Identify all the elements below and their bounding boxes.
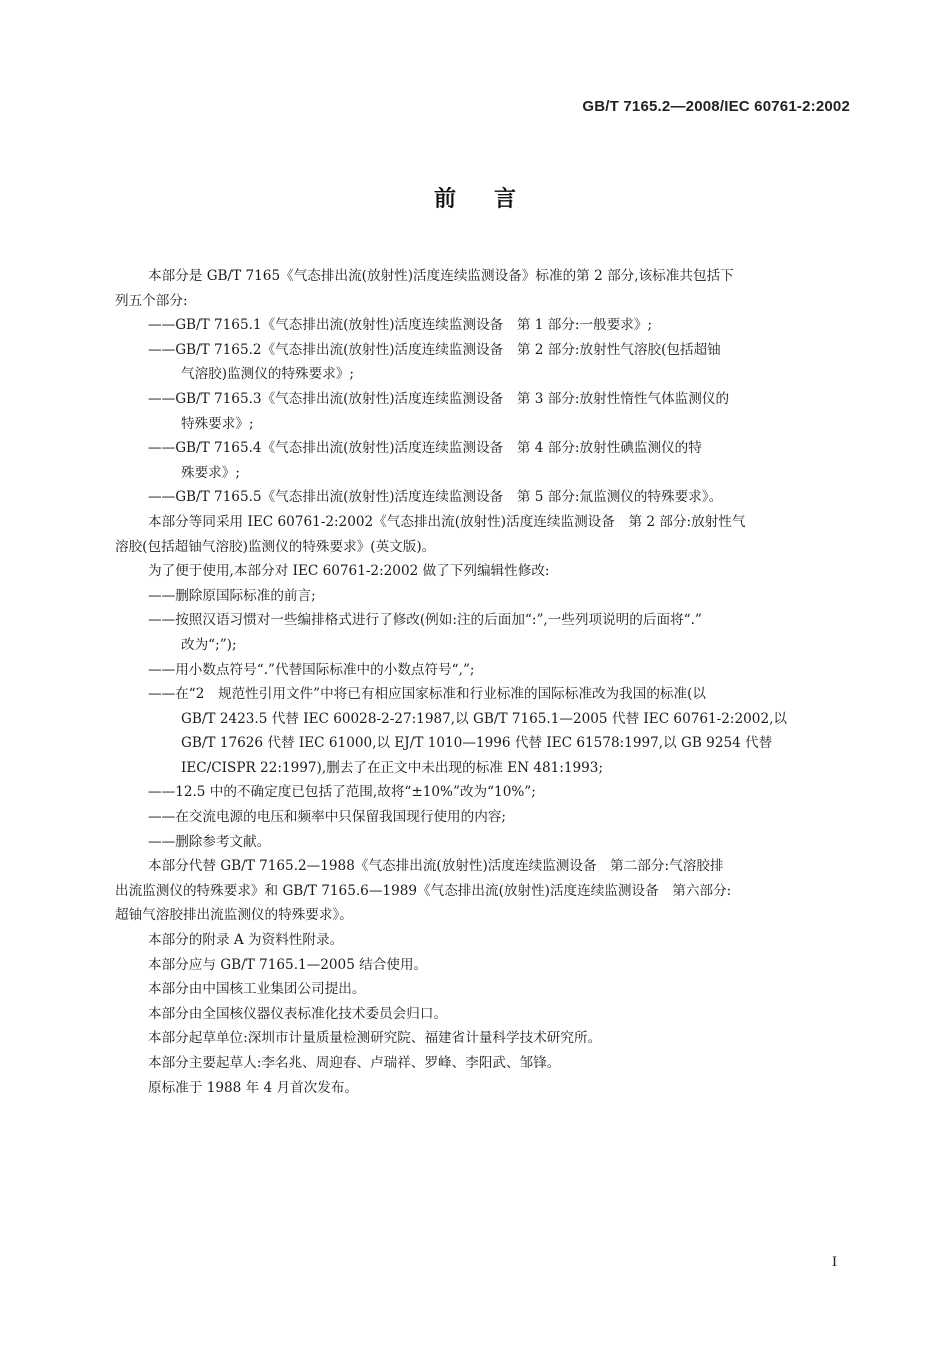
- text-line: 列五个部分:: [115, 289, 852, 314]
- text-line: ——删除原国际标准的前言;: [115, 584, 852, 609]
- list-item: ——GB/T 7165.1《气态排出流(放射性)活度连续监测设备 第 1 部分:…: [115, 313, 852, 338]
- list-item: ——GB/T 7165.4《气态排出流(放射性)活度连续监测设备 第 4 部分:…: [115, 436, 852, 485]
- list-item: ——12.5 中的不确定度已包括了范围,故将“±10%”改为“10%”;: [115, 780, 852, 805]
- text-line: 超铀气溶胶排出流监测仪的特殊要求》。: [115, 903, 852, 928]
- text-line: ——在交流电源的电压和频率中只保留我国现行使用的内容;: [115, 805, 852, 830]
- standard-code-header: GB/T 7165.2—2008/IEC 60761-2:2002: [582, 98, 850, 115]
- text-line: GB/T 2423.5 代替 IEC 60028-2-27:1987,以 GB/…: [115, 707, 852, 732]
- adoption-paragraph: 本部分等同采用 IEC 60761-2:2002《气态排出流(放射性)活度连续监…: [115, 510, 852, 559]
- drafting-units: 本部分起草单位:深圳市计量质量检测研究院、福建省计量科学技术研究所。: [115, 1026, 852, 1051]
- list-item: ——在交流电源的电压和频率中只保留我国现行使用的内容;: [115, 805, 852, 830]
- list-item: ——在“2 规范性引用文件”中将已有相应国家标准和行业标准的国际标准改为我国的标…: [115, 682, 852, 780]
- text-line: GB/T 17626 代替 IEC 61000,以 EJ/T 1010—1996…: [115, 731, 852, 756]
- list-item: ——GB/T 7165.5《气态排出流(放射性)活度连续监测设备 第 5 部分:…: [115, 485, 852, 510]
- list-item: ——删除参考文献。: [115, 830, 852, 855]
- annex-note: 本部分的附录 A 为资料性附录。: [115, 928, 852, 953]
- text-line: 改为“;”);: [115, 633, 852, 658]
- text-line: 出流监测仪的特殊要求》和 GB/T 7165.6—1989《气态排出流(放射性)…: [115, 879, 852, 904]
- text-line: 殊要求》;: [115, 461, 852, 486]
- replacement-paragraph: 本部分代替 GB/T 7165.2—1988《气态排出流(放射性)活度连续监测设…: [115, 854, 852, 928]
- text-line: ——用小数点符号“.”代替国际标准中的小数点符号“,”;: [115, 658, 852, 683]
- text-line: 气溶胶)监测仪的特殊要求》;: [115, 362, 852, 387]
- intro-paragraph: 本部分是 GB/T 7165《气态排出流(放射性)活度连续监测设备》标准的第 2…: [115, 264, 852, 313]
- text-line: ——GB/T 7165.1《气态排出流(放射性)活度连续监测设备 第 1 部分:…: [115, 313, 852, 338]
- proposer-note: 本部分由中国核工业集团公司提出。: [115, 977, 852, 1002]
- first-issue-note: 原标准于 1988 年 4 月首次发布。: [115, 1076, 852, 1101]
- usage-note: 本部分应与 GB/T 7165.1—2005 结合使用。: [115, 953, 852, 978]
- document-body: 本部分是 GB/T 7165《气态排出流(放射性)活度连续监测设备》标准的第 2…: [115, 264, 852, 1100]
- text-line: 溶胶(包括超铀气溶胶)监测仪的特殊要求》(英文版)。: [115, 535, 852, 560]
- list-item: ——按照汉语习惯对一些编排格式进行了修改(例如:注的后面加“:”,一些列项说明的…: [115, 608, 852, 657]
- text-line: ——GB/T 7165.3《气态排出流(放射性)活度连续监测设备 第 3 部分:…: [115, 387, 852, 412]
- text-line: ——GB/T 7165.4《气态排出流(放射性)活度连续监测设备 第 4 部分:…: [115, 436, 852, 461]
- text-line: ——12.5 中的不确定度已包括了范围,故将“±10%”改为“10%”;: [115, 780, 852, 805]
- list-item: ——GB/T 7165.2《气态排出流(放射性)活度连续监测设备 第 2 部分:…: [115, 338, 852, 387]
- list-item: ——用小数点符号“.”代替国际标准中的小数点符号“,”;: [115, 658, 852, 683]
- text-line: 特殊要求》;: [115, 412, 852, 437]
- text-line: 本部分代替 GB/T 7165.2—1988《气态排出流(放射性)活度连续监测设…: [115, 854, 852, 879]
- list-item: ——删除原国际标准的前言;: [115, 584, 852, 609]
- edits-list: ——删除原国际标准的前言; ——按照汉语习惯对一些编排格式进行了修改(例如:注的…: [115, 584, 852, 855]
- text-line: ——删除参考文献。: [115, 830, 852, 855]
- text-line: IEC/CISPR 22:1997),删去了在正文中未出现的标准 EN 481:…: [115, 756, 852, 781]
- list-item: ——GB/T 7165.3《气态排出流(放射性)活度连续监测设备 第 3 部分:…: [115, 387, 852, 436]
- page-title: 前言: [0, 182, 950, 213]
- text-line: ——GB/T 7165.2《气态排出流(放射性)活度连续监测设备 第 2 部分:…: [115, 338, 852, 363]
- text-line: ——GB/T 7165.5《气态排出流(放射性)活度连续监测设备 第 5 部分:…: [115, 485, 852, 510]
- drafters: 本部分主要起草人:李名兆、周迎春、卢瑞祥、罗峰、李阳武、邹锋。: [115, 1051, 852, 1076]
- text-line: 本部分是 GB/T 7165《气态排出流(放射性)活度连续监测设备》标准的第 2…: [115, 264, 852, 289]
- text-line: 本部分等同采用 IEC 60761-2:2002《气态排出流(放射性)活度连续监…: [115, 510, 852, 535]
- parts-list: ——GB/T 7165.1《气态排出流(放射性)活度连续监测设备 第 1 部分:…: [115, 313, 852, 510]
- closing-paragraphs: 本部分的附录 A 为资料性附录。 本部分应与 GB/T 7165.1—2005 …: [115, 928, 852, 1100]
- edits-intro-paragraph: 为了便于使用,本部分对 IEC 60761-2:2002 做了下列编辑性修改:: [115, 559, 852, 584]
- text-line: ——按照汉语习惯对一些编排格式进行了修改(例如:注的后面加“:”,一些列项说明的…: [115, 608, 852, 633]
- page-number: I: [832, 1254, 837, 1271]
- committee-note: 本部分由全国核仪器仪表标准化技术委员会归口。: [115, 1002, 852, 1027]
- text-line: ——在“2 规范性引用文件”中将已有相应国家标准和行业标准的国际标准改为我国的标…: [115, 682, 852, 707]
